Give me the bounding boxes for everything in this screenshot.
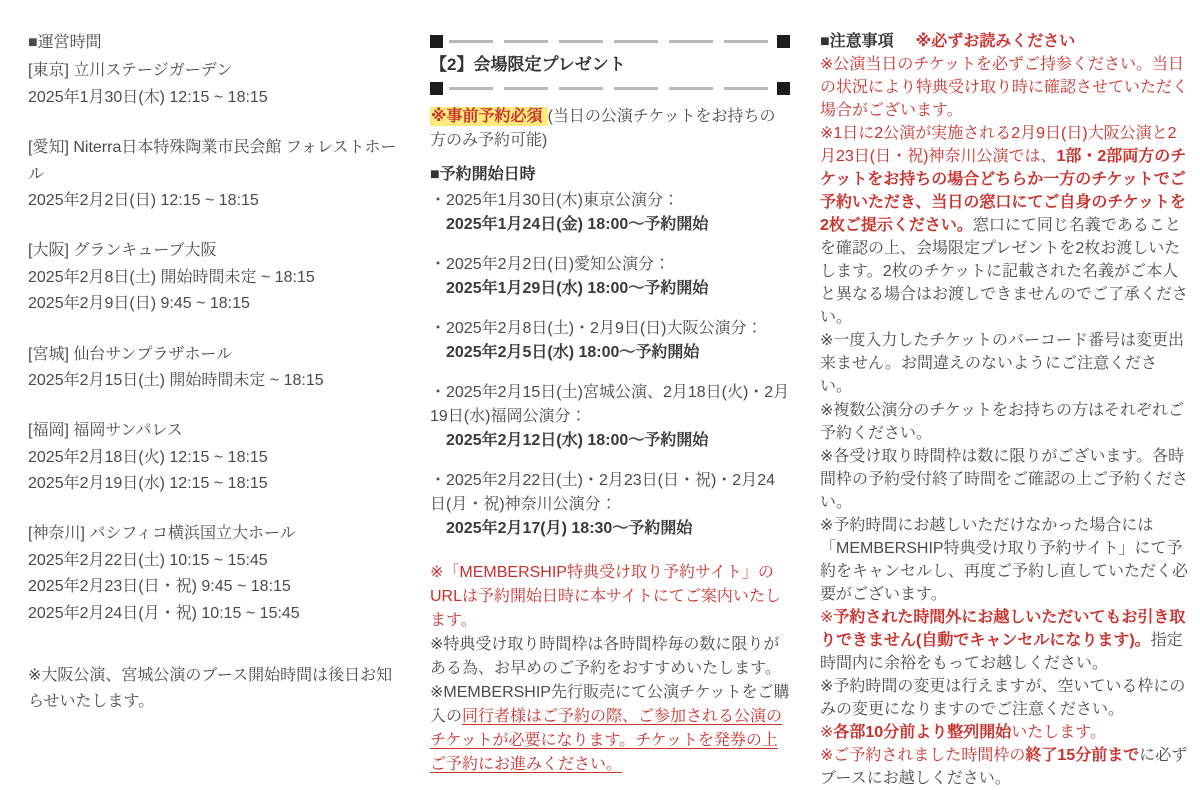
venue-block-fukuoka: [福岡] 福岡サンパレス 2025年2月18日(火) 12:15 ~ 18:15… bbox=[28, 418, 400, 497]
present-notes: ※「MEMBERSHIP特典受け取り予約サイト」のURLは予約開始日時に本サイト… bbox=[430, 561, 790, 777]
advance-reservation-notice: ※事前予約必須(当日の公演チケットをお持ちの方のみ予約可能) bbox=[430, 105, 790, 153]
reservation-start-heading: ■予約開始日時 bbox=[430, 163, 790, 187]
note-companion: ※MEMBERSHIP先行販売にて公演チケットをご購入の同行者様はご予約の際、ご… bbox=[430, 681, 790, 777]
reservation-entry-aichi: ・2025年2月2日(日)愛知公演分： 2025年1月29日(水) 18:00～… bbox=[430, 253, 790, 301]
venue-time: 2025年2月23日(日・祝) 9:45 ~ 18:15 bbox=[28, 574, 400, 600]
section-divider-bottom bbox=[430, 81, 790, 97]
entry-start-time: 2025年1月29日(水) 18:00～予約開始 bbox=[430, 277, 790, 301]
note-outside-time: ※予約された時間外にお越しいただいてもお引き取りできません(自動でキャンセルにな… bbox=[820, 606, 1188, 675]
note-bring-ticket: ※公演当日のチケットを必ずご持参ください。当日の状況により特典受け取り時に確認さ… bbox=[820, 53, 1188, 122]
venue-name: [愛知] Niterra日本特殊陶業市民会館 フォレストホール bbox=[28, 135, 400, 188]
section-divider-top bbox=[430, 33, 790, 49]
note-multiple-shows: ※複数公演分のチケットをお持ちの方はそれぞれご予約ください。 bbox=[820, 399, 1188, 445]
venue-name: [東京] 立川ステージガーデン bbox=[28, 58, 400, 84]
note-two-shows: ※1日に2公演が実施される2月9日(日)大阪公演と2月23日(日・祝)神奈川公演… bbox=[820, 122, 1188, 329]
reservation-entry-tokyo: ・2025年1月30日(木)東京公演分： 2025年1月24日(金) 18:00… bbox=[430, 189, 790, 237]
note-time-change: ※予約時間の変更は行えますが、空いている枠にのみの変更になりますのでご注意くださ… bbox=[820, 675, 1188, 721]
venue-block-aichi: [愛知] Niterra日本特殊陶業市民会館 フォレストホール 2025年2月2… bbox=[28, 135, 400, 214]
note-limited-slots: ※特典受け取り時間枠は各時間枠毎の数に限りがある為、お早めのご予約をおすすめいた… bbox=[430, 633, 790, 681]
venue-time: 2025年2月18日(火) 12:15 ~ 18:15 bbox=[28, 445, 400, 471]
entry-start-time: 2025年2月5日(水) 18:00～予約開始 bbox=[430, 341, 790, 365]
operating-hours-column: ■運営時間 [東京] 立川ステージガーデン 2025年1月30日(木) 12:1… bbox=[28, 30, 400, 790]
divider-dashes bbox=[449, 87, 771, 90]
entry-start-time: 2025年2月12日(水) 18:00～予約開始 bbox=[430, 429, 790, 453]
section-title: 【2】会場限定プレゼント bbox=[430, 52, 790, 78]
venue-time: 2025年2月19日(水) 12:15 ~ 18:15 bbox=[28, 471, 400, 497]
advance-reservation-required-highlight: ※事前予約必須 bbox=[430, 107, 548, 126]
entry-label: ・2025年2月22日(土)・2月23日(日・祝)・2月24日(月・祝)神奈川公… bbox=[430, 469, 790, 517]
precautions-heading: ■注意事項※必ずお読みください bbox=[820, 30, 1188, 53]
divider-square-icon bbox=[430, 82, 443, 95]
venue-time: 2025年2月15日(土) 開始時間未定 ~ 18:15 bbox=[28, 368, 400, 394]
divider-square-icon bbox=[777, 82, 790, 95]
note-cancel-rebook: ※予約時間にお越しいただけなかった場合には「MEMBERSHIP特典受け取り予約… bbox=[820, 514, 1188, 606]
operating-hours-heading: ■運営時間 bbox=[28, 30, 400, 56]
reservation-entry-osaka: ・2025年2月8日(土)・2月9日(日)大阪公演分： 2025年2月5日(水)… bbox=[430, 317, 790, 365]
venue-time: 2025年2月9日(日) 9:45 ~ 18:15 bbox=[28, 291, 400, 317]
entry-label: ・2025年2月2日(日)愛知公演分： bbox=[430, 253, 790, 277]
must-read-label: ※必ずお読みください bbox=[916, 33, 1076, 50]
venue-name: [神奈川] パシフィコ横浜国立大ホール bbox=[28, 521, 400, 547]
note-barcode: ※一度入力したチケットのバーコード番号は変更出来ません。お間違えのないようにご注… bbox=[820, 329, 1188, 398]
venue-block-osaka: [大阪] グランキューブ大阪 2025年2月8日(土) 開始時間未定 ~ 18:… bbox=[28, 238, 400, 317]
venue-present-column: 【2】会場限定プレゼント ※事前予約必須(当日の公演チケットをお持ちの方のみ予約… bbox=[430, 30, 790, 790]
venue-name: [福岡] 福岡サンパレス bbox=[28, 418, 400, 444]
note-slot-limit: ※各受け取り時間枠は数に限りがございます。各時間枠の予約受付終了時間をご確認の上… bbox=[820, 445, 1188, 514]
note-companion-warning: 同行者様はご予約の際、ご参加される公演のチケットが必要になります。チケットを発券… bbox=[430, 708, 782, 773]
divider-dashes bbox=[449, 40, 771, 43]
venue-time: 2025年2月22日(土) 10:15 ~ 15:45 bbox=[28, 548, 400, 574]
note-arrive-before-end: ※ご予約されました時間枠の終了15分前までに必ずブースにお越しください。 bbox=[820, 744, 1188, 790]
precautions-column: ■注意事項※必ずお読みください ※公演当日のチケットを必ずご持参ください。当日の… bbox=[820, 30, 1188, 790]
reservation-entry-kanagawa: ・2025年2月22日(土)・2月23日(日・祝)・2月24日(月・祝)神奈川公… bbox=[430, 469, 790, 541]
venue-name: [大阪] グランキューブ大阪 bbox=[28, 238, 400, 264]
venue-block-kanagawa: [神奈川] パシフィコ横浜国立大ホール 2025年2月22日(土) 10:15 … bbox=[28, 521, 400, 627]
note-reservation-site-url: ※「MEMBERSHIP特典受け取り予約サイト」のURLは予約開始日時に本サイト… bbox=[430, 561, 790, 633]
divider-square-icon bbox=[430, 35, 443, 48]
event-info-page: ■運営時間 [東京] 立川ステージガーデン 2025年1月30日(木) 12:1… bbox=[0, 0, 1200, 790]
precautions-heading-label: ■注意事項 bbox=[820, 33, 894, 50]
entry-label: ・2025年2月8日(土)・2月9日(日)大阪公演分： bbox=[430, 317, 790, 341]
entry-start-time: 2025年1月24日(金) 18:00～予約開始 bbox=[430, 213, 790, 237]
venue-block-tokyo: [東京] 立川ステージガーデン 2025年1月30日(木) 12:15 ~ 18… bbox=[28, 58, 400, 111]
divider-square-icon bbox=[777, 35, 790, 48]
booth-start-time-note: ※大阪公演、宮城公演のブース開始時間は後日お知らせいたします。 bbox=[28, 663, 400, 716]
note-lineup-start: ※各部10分前より整列開始いたします。 bbox=[820, 721, 1188, 744]
venue-time: 2025年2月2日(日) 12:15 ~ 18:15 bbox=[28, 188, 400, 214]
venue-name: [宮城] 仙台サンプラザホール bbox=[28, 342, 400, 368]
entry-label: ・2025年1月30日(木)東京公演分： bbox=[430, 189, 790, 213]
venue-block-miyagi: [宮城] 仙台サンプラザホール 2025年2月15日(土) 開始時間未定 ~ 1… bbox=[28, 342, 400, 395]
venue-time: 2025年1月30日(木) 12:15 ~ 18:15 bbox=[28, 85, 400, 111]
venue-time: 2025年2月24日(月・祝) 10:15 ~ 15:45 bbox=[28, 601, 400, 627]
entry-label: ・2025年2月15日(土)宮城公演、2月18日(火)・2月19日(水)福岡公演… bbox=[430, 381, 790, 429]
venue-time: 2025年2月8日(土) 開始時間未定 ~ 18:15 bbox=[28, 265, 400, 291]
entry-start-time: 2025年2月17(月) 18:30～予約開始 bbox=[430, 517, 790, 541]
reservation-entry-miyagi-fukuoka: ・2025年2月15日(土)宮城公演、2月18日(火)・2月19日(水)福岡公演… bbox=[430, 381, 790, 453]
